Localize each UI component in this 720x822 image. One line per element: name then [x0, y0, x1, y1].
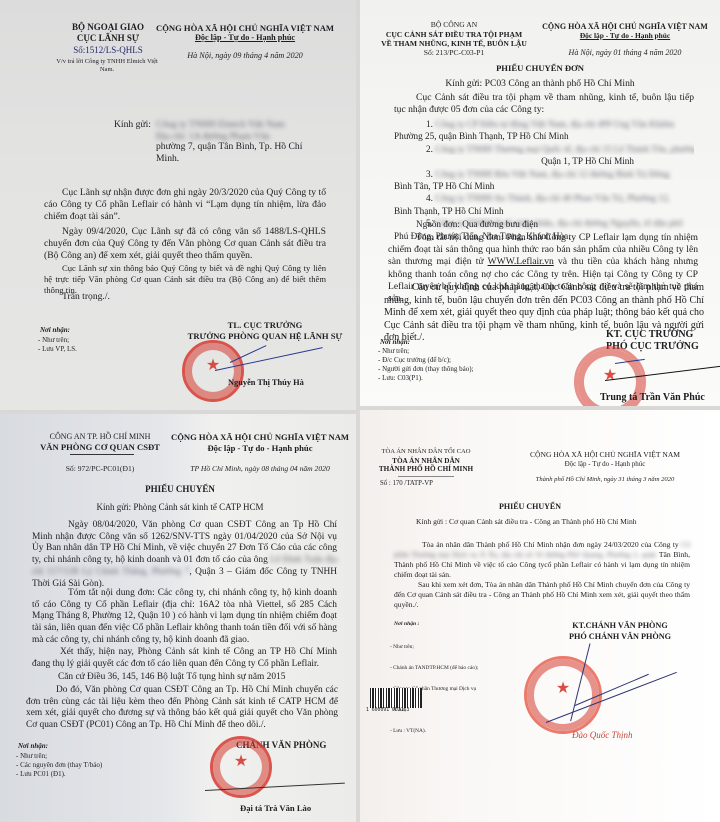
body-paragraph: Sau khi xem xét đơn, Tòa án nhân dân Thà…	[394, 580, 690, 610]
document-title: PHIẾU CHUYỂN	[460, 502, 600, 511]
recipient-item: - Lưu PC01 (Đ1).	[16, 770, 102, 779]
consular-letter-photo: BỘ NGOẠI GIAO CỤC LÃNH SỰ Số:1512/LS-QHL…	[0, 0, 356, 410]
document-title: PHIẾU CHUYỂN ĐƠN	[420, 63, 660, 73]
recipient-item: - Lưu : VT(NA).	[390, 728, 478, 735]
body-paragraph: Ngày 08/04/2020, Văn phòng Cơ quan CSĐT …	[32, 520, 337, 590]
company-item: 2. Công ty TNHH Thương mại Quốc tế, địa …	[394, 143, 694, 155]
header-divider	[70, 454, 134, 455]
signer-name: Nguyễn Thị Thúy Hà	[228, 378, 304, 387]
closing-phrase: Trân trọng./.	[62, 291, 182, 303]
hcmc-police-transfer-photo: CÔNG AN TP. HỒ CHÍ MINH VĂN PHÒNG CƠ QUA…	[0, 414, 356, 822]
recipient-item: - Như trên;	[38, 336, 77, 345]
recipients-label: Nơi nhận:	[40, 326, 70, 334]
signer-title-1: KT. CỤC TRƯỞNG	[606, 329, 699, 341]
recipient-line: Kính gửi: PC03 Công an thành phố Hồ Chí …	[400, 78, 680, 89]
body-paragraph: Cục Lãnh sự nhận được đơn ghi ngày 20/3/…	[44, 187, 326, 224]
issuer-supreme-court: TÒA ÁN NHÂN DÂN TỐI CAO	[366, 448, 486, 457]
recipients-label: Nơi nhận:	[380, 338, 410, 346]
recipients-label: Nơi nhận:	[18, 742, 48, 750]
issuer-department: CỤC CẢNH SÁT ĐIỀU TRA TỘI PHẠM	[374, 30, 534, 40]
official-seal-icon: ★	[182, 340, 244, 402]
national-title: CỘNG HÒA XÃ HỘI CHỦ NGHĨA VIỆT NAM	[155, 23, 335, 33]
summary-paragraph: Tóm tắt nội dung đơn: Các công ty, chi n…	[32, 588, 337, 647]
subject-line: V/v trả lời Công ty TNHH Elmich Việt Nam…	[52, 58, 162, 74]
source-line: Nguồn đơn: Qua đường bưu điện	[416, 219, 538, 229]
intro-paragraph: Cục Cảnh sát điều tra tội phạm về tham n…	[394, 92, 694, 116]
national-motto: Độc lập - Tự do - Hạnh phúc	[155, 33, 335, 42]
recipients-label: Nơi nhận :	[394, 621, 419, 627]
recipient-item: - Lưu: C03(P1).	[378, 374, 473, 383]
national-title: CỘNG HÒA XÃ HỘI CHỦ NGHĨA VIỆT NAM	[170, 432, 350, 442]
barcode-number: 1 600091 003163	[366, 708, 409, 713]
recipient-item: - Chánh án TANDTP.HCM (để báo cáo);	[390, 665, 478, 672]
header-divider	[398, 476, 454, 477]
national-motto: Độc lập - Tự do - Hạnh phúc	[170, 443, 350, 453]
issuer-ministry: BỘ CÔNG AN	[374, 20, 534, 30]
company-item: 4. Công ty TNHH An Thành, địa chỉ 40 Pha…	[394, 192, 694, 204]
place-date: Hà Nội, ngày 01 tháng 4 năm 2020	[540, 48, 710, 57]
reference-number: Số:1512/LS-QHLS	[48, 45, 168, 55]
signer-name: Đại tá Trà Văn Lào	[240, 803, 311, 813]
signer-name: Đào Quốc Thịnh	[572, 730, 633, 740]
national-title: CỘNG HÒA XÃ HỘI CHỦ NGHĨA VIỆT NAM	[510, 450, 700, 459]
recipient-item: - Các nguyên đơn (thay T/báo)	[16, 761, 102, 770]
issuer-department: CỤC LÃNH SỰ	[48, 33, 168, 44]
national-motto: Độc lập - Tự do - Hạnh phúc	[510, 460, 700, 468]
reference-number: Số: 972/PC-PC01(Đ1)	[30, 464, 170, 473]
recipient-label: Kính gửi:	[114, 119, 151, 130]
recipients-list: - Như trên; - Lưu VP, LS.	[38, 336, 77, 354]
legal-basis-line: Căn cứ Điều 36, 145, 146 Bộ luật Tố tụng…	[58, 671, 338, 683]
place-date: TP Hồ Chí Minh, ngày 08 tháng 04 năm 202…	[170, 464, 350, 473]
company-item: 1. Công ty CP Điều tự động Việt Nam, địa…	[394, 118, 694, 130]
recipient-item: - Như trên;	[16, 752, 102, 761]
company-address: Bình Tân, TP Hồ Chí Minh	[394, 180, 694, 192]
national-title: CỘNG HÒA XÃ HỘI CHỦ NGHĨA VIỆT NAM	[540, 22, 710, 31]
recipient-name-redacted: Công ty TNHH Elmich Việt Nam	[156, 119, 285, 130]
recipient-item: - Đ/c Cục trưởng (để b/c);	[378, 356, 473, 365]
signer-title-2: PHÓ CHÁNH VĂN PHÒNG	[540, 632, 700, 643]
signer-title-1: TL. CỤC TRƯỞNG	[185, 320, 345, 331]
document-title: PHIẾU CHUYỂN	[100, 484, 260, 494]
barcode-icon	[370, 688, 422, 708]
recipient-item: - Người gửi đơn (thay thông báo);	[378, 365, 473, 374]
reference-number: Số : 170 /TATP-VP	[380, 480, 433, 487]
company-item: 3. Công ty TNHH Rêu Việt Nam, địa chỉ 12…	[394, 168, 694, 180]
signer-name: Trung tá Trần Văn Phúc	[600, 392, 705, 403]
company-address: Quận 1, TP Hồ Chí Minh	[394, 155, 694, 167]
body-paragraph: Tòa án nhân dân Thành phố Hồ Chí Minh nh…	[394, 540, 690, 580]
recipient-address: phường 7, quận Tân Bình, Tp. Hồ Chí Minh…	[156, 141, 306, 165]
issuer-office: VĂN PHÒNG CƠ QUAN CSĐT	[30, 442, 170, 452]
issuer-agency: CÔNG AN TP. HỒ CHÍ MINH	[30, 432, 170, 442]
signer-title-1: KT.CHÁNH VĂN PHÒNG	[540, 621, 700, 632]
company-address: Bình Thạnh, TP Hồ Chí Minh	[394, 205, 694, 217]
body-paragraph: Ngày 09/4/2020, Cục Lãnh sự đã có công v…	[44, 226, 326, 263]
issuer-ministry: BỘ NGOẠI GIAO	[48, 22, 168, 33]
court-transfer-photo: TÒA ÁN NHÂN DÂN TỐI CAO TÒA ÁN NHÂN DÂN …	[360, 410, 720, 822]
place-date: Thành phố Hồ Chí Minh, ngày 31 tháng 3 n…	[510, 476, 700, 483]
reference-number: Số: 213/PC-C03-P1	[374, 48, 534, 57]
recipient-item: - Như trên;	[378, 347, 473, 356]
police-transfer-c03-photo: BỘ CÔNG AN CỤC CẢNH SÁT ĐIỀU TRA TỘI PHẠ…	[360, 0, 720, 406]
company-address: Phường 25, quận Bình Thạnh, TP Hồ Chí Mi…	[394, 130, 694, 142]
finding-paragraph: Xét thấy, hiện nay, Phòng Cảnh sát kinh …	[32, 647, 337, 670]
national-motto: Độc lập - Tự do - Hạnh phúc	[540, 31, 710, 40]
leflair-website-link[interactable]: WWW.Leflair.vn	[488, 256, 554, 267]
official-seal-icon: ★	[524, 656, 602, 734]
recipients-list: - Như trên; - Các nguyên đơn (thay T/báo…	[16, 752, 102, 779]
recipient-line: Kính gửi : Cơ quan Cảnh sát điều tra - C…	[416, 517, 706, 526]
recipients-list: - Như trên; - Đ/c Cục trưởng (để b/c); -…	[378, 347, 473, 383]
recipient-item: - Lưu VP, LS.	[38, 345, 77, 354]
issuer-court-city: THÀNH PHỐ HỒ CHÍ MINH	[366, 465, 486, 474]
conclusion-paragraph: Do đó, Văn phòng Cơ quan CSĐT Công an Tp…	[26, 685, 338, 732]
place-date: Hà Nội, ngày 09 tháng 4 năm 2020	[155, 51, 335, 60]
recipient-item: - Như trên;	[390, 644, 478, 651]
issuer-court: TÒA ÁN NHÂN DÂN	[366, 457, 486, 466]
recipient-line: Kính gửi: Phòng Cảnh sát kinh tế CATP HC…	[50, 502, 310, 512]
